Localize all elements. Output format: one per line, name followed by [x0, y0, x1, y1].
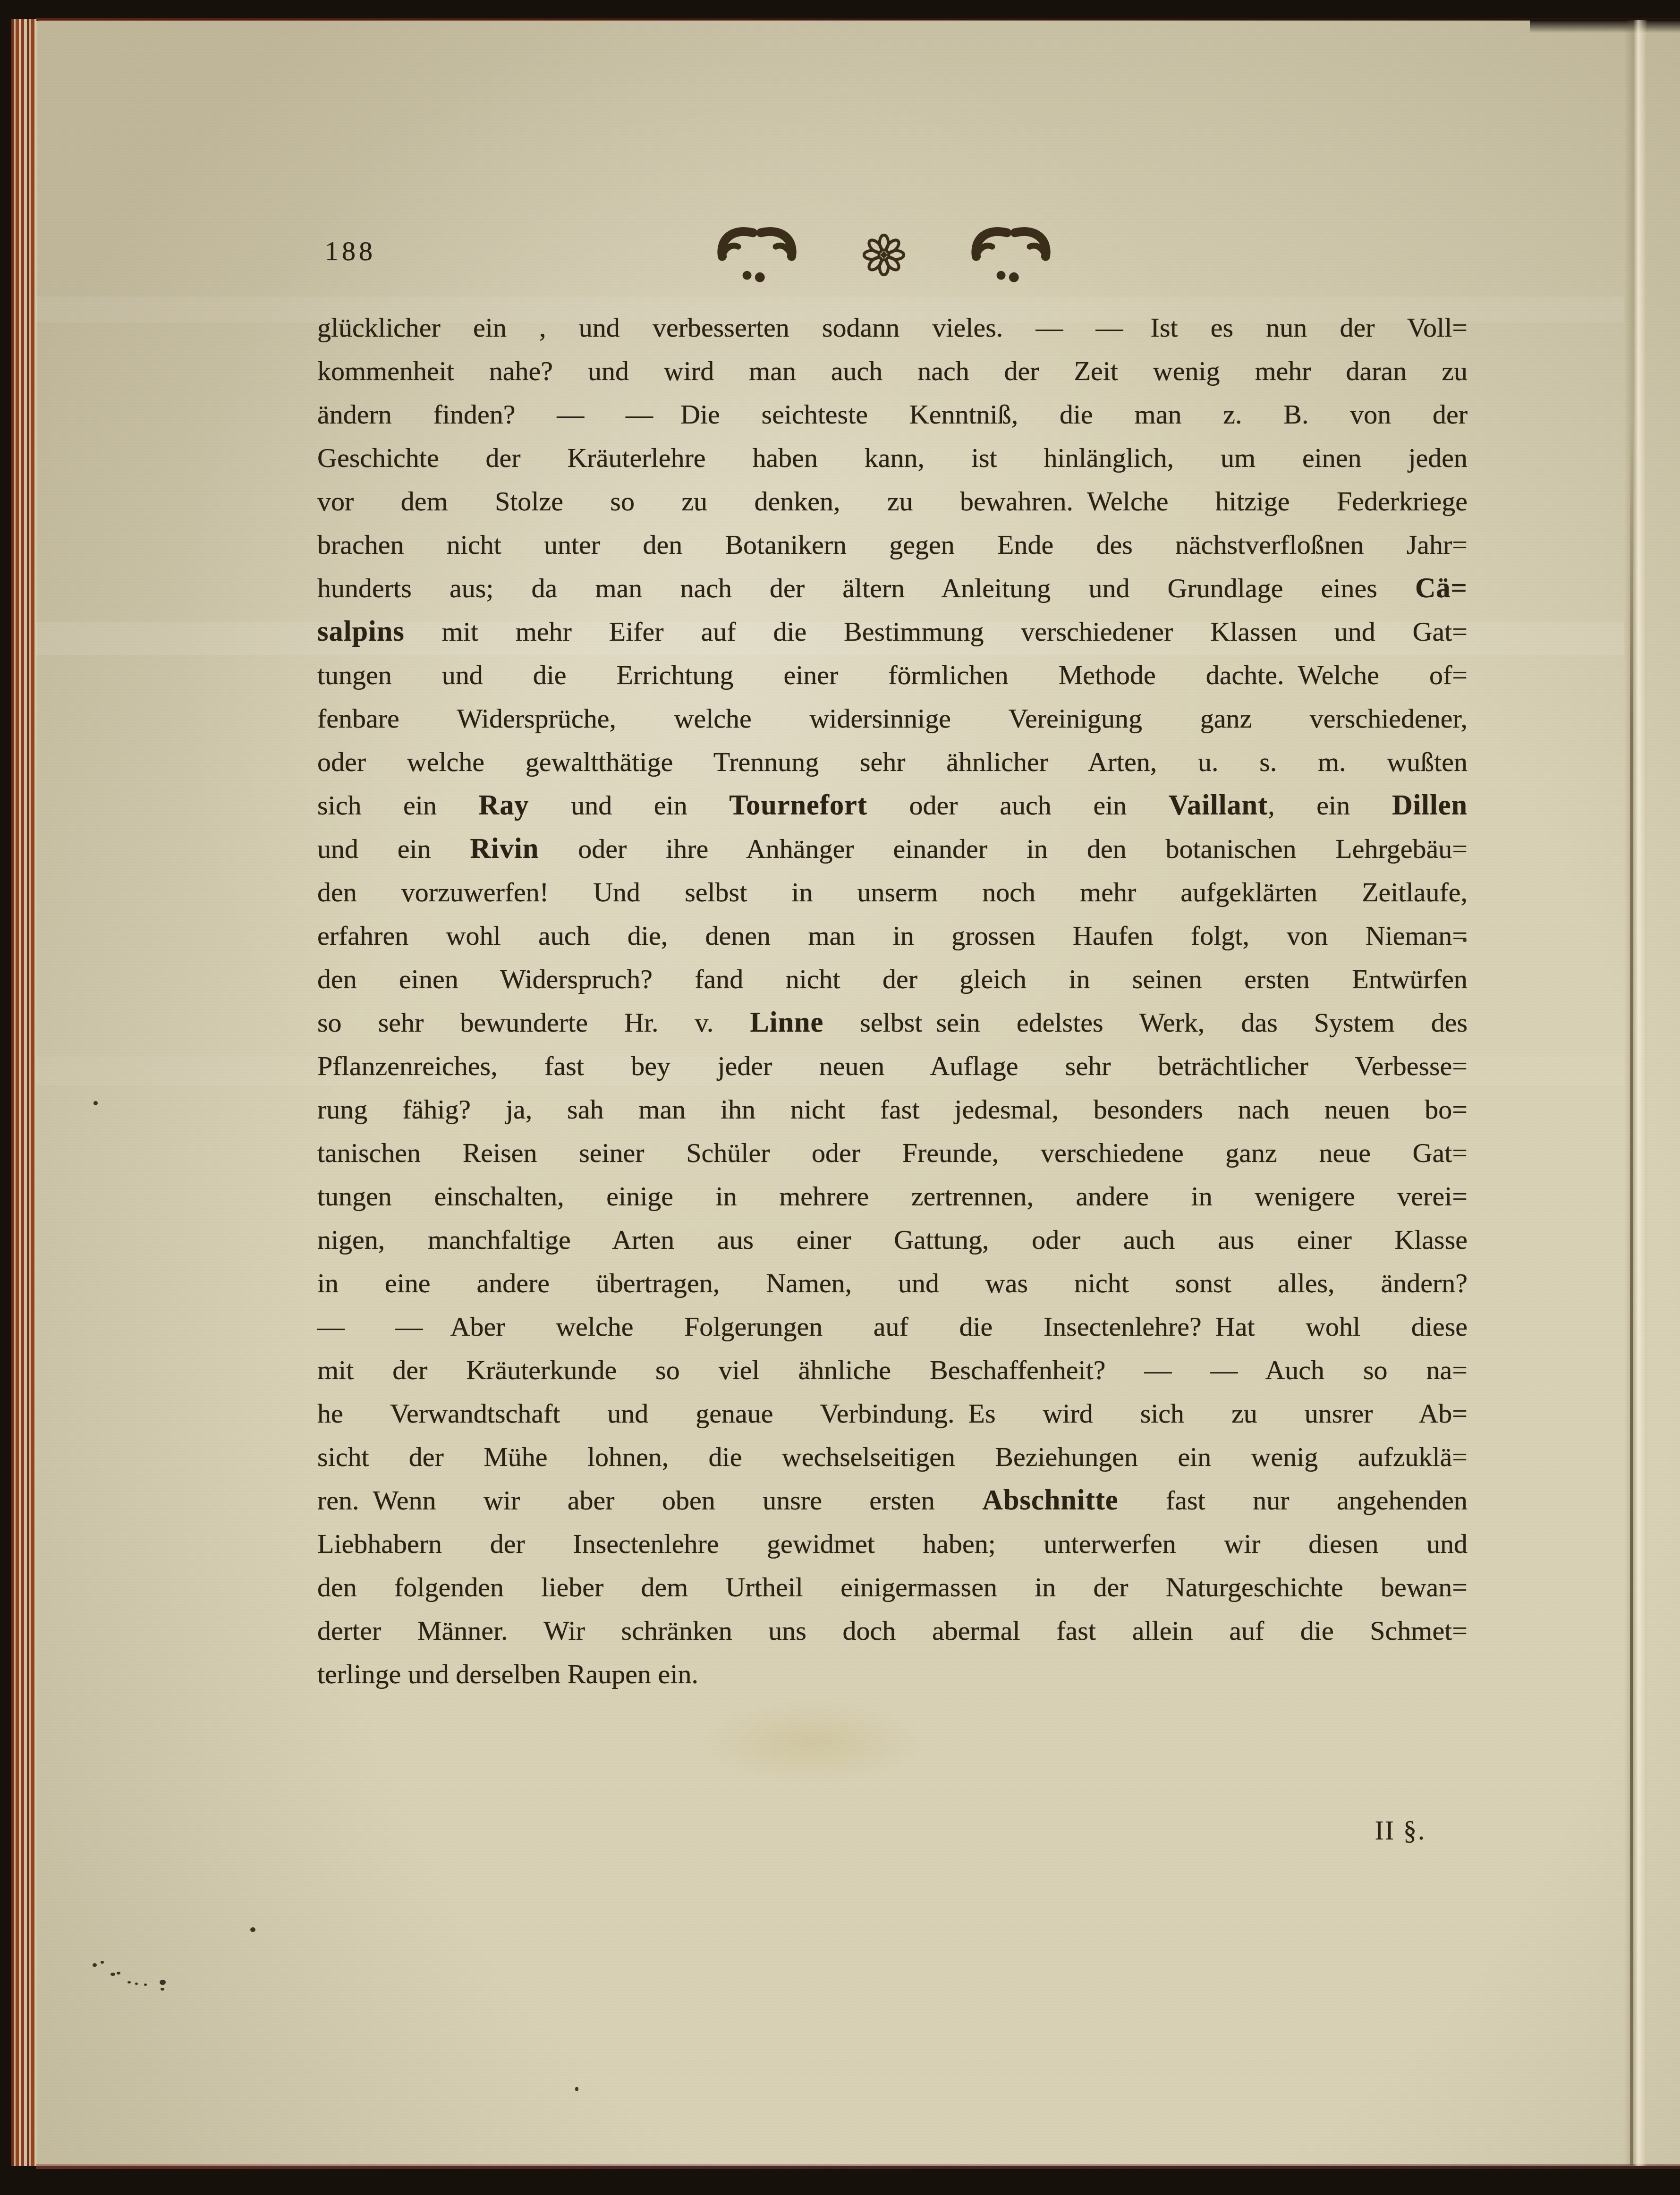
body-text: terlinge und derselben Raupen ein.: [317, 1659, 698, 1689]
ink-speck: [127, 1981, 131, 1983]
text-line: brachen nicht unter den Botanikern gegen…: [317, 523, 1468, 567]
page-edges-left: [11, 19, 37, 2166]
emphasized-text: Rivin: [470, 833, 539, 864]
body-text: glücklicher ein , und verbesserten sodan…: [317, 312, 1468, 343]
body-text: fenbare Widersprüche, welche widersinnig…: [317, 703, 1468, 734]
text-line: Liebhabern der Insectenlehre gewidmet ha…: [317, 1522, 1468, 1566]
body-text: tungen einschalten, einige in mehrere ze…: [317, 1181, 1468, 1212]
body-text: mit mehr Eifer auf die Bestimmung versch…: [405, 616, 1468, 647]
body-text: he Verwandtschaft und genaue Verbindung.…: [317, 1398, 1468, 1429]
text-line: fenbare Widersprüche, welche widersinnig…: [317, 697, 1468, 740]
text-line: den einen Widerspruch? fand nicht der gl…: [317, 958, 1468, 1001]
emphasized-text: salpins: [317, 616, 405, 647]
body-text: in eine andere übertragen, Namen, und wa…: [317, 1268, 1468, 1298]
text-line: — — Aber welche Folgerungen auf die Inse…: [317, 1305, 1468, 1348]
body-text: ändern finden? — — Die seichteste Kenntn…: [317, 399, 1468, 430]
body-text: — — Aber welche Folgerungen auf die Inse…: [317, 1311, 1468, 1342]
text-line: glücklicher ein , und verbesserten sodan…: [317, 306, 1468, 349]
top-edge-line: [36, 18, 1680, 21]
text-line: he Verwandtschaft und genaue Verbindung.…: [317, 1392, 1468, 1435]
ink-speck: [1463, 939, 1467, 942]
emphasized-text: Cä=: [1415, 572, 1468, 604]
body-text: , ein: [1268, 790, 1392, 821]
bottom-edge-line: [36, 2164, 1680, 2169]
text-block: glücklicher ein , und verbesserten sodan…: [317, 306, 1468, 1696]
text-line: sicht der Mühe lohnen, die wechselseitig…: [317, 1435, 1468, 1479]
body-text: Pflanzenreiches, fast bey jeder neuen Au…: [317, 1051, 1468, 1081]
headpiece-ornaments: [707, 223, 1061, 284]
body-text: vor dem Stolze so zu denken, zu bewahren…: [317, 486, 1468, 517]
ink-speck: [93, 1101, 98, 1105]
page-number: 188: [325, 235, 376, 267]
text-line: mit der Kräuterkunde so viel ähnliche Be…: [317, 1348, 1468, 1392]
text-line: den vorzuwerfen! Und selbst in unserm no…: [317, 871, 1468, 914]
body-text: brachen nicht unter den Botanikern gegen…: [317, 529, 1468, 560]
body-text: mit der Kräuterkunde so viel ähnliche Be…: [317, 1355, 1468, 1385]
fleuron-right-icon: [961, 223, 1061, 284]
ink-speck: [160, 1980, 166, 1985]
ink-speck: [117, 1972, 120, 1975]
ink-speck: [93, 1963, 97, 1967]
emphasized-text: Abschnitte: [982, 1484, 1118, 1516]
emphasized-text: Linne: [750, 1007, 823, 1038]
body-text: den einen Widerspruch? fand nicht der gl…: [317, 964, 1468, 994]
emphasized-text: Vaillant: [1169, 789, 1268, 821]
ink-speck: [135, 1983, 138, 1985]
body-text: derter Männer. Wir schränken uns doch ab…: [317, 1615, 1468, 1646]
text-line: tungen und die Errichtung einer förmlich…: [317, 653, 1468, 697]
text-line: vor dem Stolze so zu denken, zu bewahren…: [317, 480, 1468, 523]
body-text: und ein: [529, 790, 729, 821]
fleuron-left-icon: [707, 223, 806, 284]
text-line: sich ein Ray und ein Tournefort oder auc…: [317, 784, 1468, 827]
text-line: erfahren wohl auch die, denen man in gro…: [317, 914, 1468, 958]
text-line: und ein Rivin oder ihre Anhänger einande…: [317, 827, 1468, 871]
body-text: kommenheit nahe? und wird man auch nach …: [317, 356, 1468, 386]
text-line: salpins mit mehr Eifer auf die Bestimmun…: [317, 610, 1468, 653]
ink-speck: [144, 1983, 147, 1986]
page-fold-shadow: [1630, 415, 1633, 2165]
body-text: hunderts aus; da man nach der ältern Anl…: [317, 573, 1415, 603]
body-text: Liebhabern der Insectenlehre gewidmet ha…: [317, 1528, 1468, 1559]
text-line: tungen einschalten, einige in mehrere ze…: [317, 1175, 1468, 1218]
text-line: hunderts aus; da man nach der ältern Anl…: [317, 567, 1468, 610]
text-line: Geschichte der Kräuterlehre haben kann, …: [317, 436, 1468, 480]
page-fold-crease: [1624, 20, 1647, 2166]
text-line: nigen, manchfaltige Arten aus einer Gatt…: [317, 1218, 1468, 1262]
text-line: so sehr bewunderte Hr. v. Linne selbst s…: [317, 1001, 1468, 1044]
ink-speck: [161, 1988, 164, 1991]
text-line: den folgenden lieber dem Urtheil einiger…: [317, 1566, 1468, 1609]
body-text: oder ihre Anhänger einander in den botan…: [539, 833, 1468, 864]
rosette-icon: [862, 233, 906, 277]
text-line: ändern finden? — — Die seichteste Kenntn…: [317, 393, 1468, 436]
body-text: sich ein: [317, 790, 479, 821]
text-line: in eine andere übertragen, Namen, und wa…: [317, 1262, 1468, 1305]
body-text: Geschichte der Kräuterlehre haben kann, …: [317, 442, 1468, 473]
ink-speck: [575, 2087, 578, 2091]
body-text: fast nur angehenden: [1118, 1485, 1468, 1516]
text-line: ren. Wenn wir aber oben unsre ersten Abs…: [317, 1479, 1468, 1522]
text-line: rung fähig? ja, sah man ihn nicht fast j…: [317, 1088, 1468, 1131]
book-scan: 188: [0, 0, 1680, 2195]
body-text: den vorzuwerfen! Und selbst in unserm no…: [317, 877, 1468, 907]
body-text: oder auch ein: [867, 790, 1169, 821]
body-text: oder welche gewaltthätige Trennung sehr …: [317, 746, 1468, 777]
body-text: rung fähig? ja, sah man ihn nicht fast j…: [317, 1094, 1468, 1125]
text-line: oder welche gewaltthätige Trennung sehr …: [317, 740, 1468, 784]
text-line: Pflanzenreiches, fast bey jeder neuen Au…: [317, 1044, 1468, 1088]
emphasized-text: Dillen: [1392, 789, 1468, 821]
top-right-shadow: [1530, 20, 1680, 33]
body-text: selbst sein edelstes Werk, das System de…: [823, 1007, 1468, 1038]
body-text: den folgenden lieber dem Urtheil einiger…: [317, 1572, 1468, 1602]
body-text: so sehr bewunderte Hr. v.: [317, 1007, 750, 1038]
body-text: tungen und die Errichtung einer förmlich…: [317, 660, 1468, 690]
emphasized-text: Tournefort: [729, 789, 867, 821]
body-text: nigen, manchfaltige Arten aus einer Gatt…: [317, 1224, 1468, 1255]
ink-speck: [110, 1973, 115, 1976]
body-text: sicht der Mühe lohnen, die wechselseitig…: [317, 1441, 1468, 1472]
body-text: erfahren wohl auch die, denen man in gro…: [317, 920, 1468, 951]
ink-speck: [101, 1961, 104, 1964]
text-line: tanischen Reisen seiner Schüler oder Fre…: [317, 1131, 1468, 1175]
catchword: II §.: [1180, 1816, 1426, 1846]
ink-speck: [250, 1927, 255, 1932]
body-text: und ein: [317, 833, 470, 864]
body-text: tanischen Reisen seiner Schüler oder Fre…: [317, 1137, 1468, 1168]
body-text: ren. Wenn wir aber oben unsre ersten: [317, 1485, 982, 1516]
text-line: terlinge und derselben Raupen ein.: [317, 1653, 1468, 1696]
emphasized-text: Ray: [479, 789, 529, 821]
text-line: derter Männer. Wir schränken uns doch ab…: [317, 1609, 1468, 1653]
text-line: kommenheit nahe? und wird man auch nach …: [317, 349, 1468, 393]
